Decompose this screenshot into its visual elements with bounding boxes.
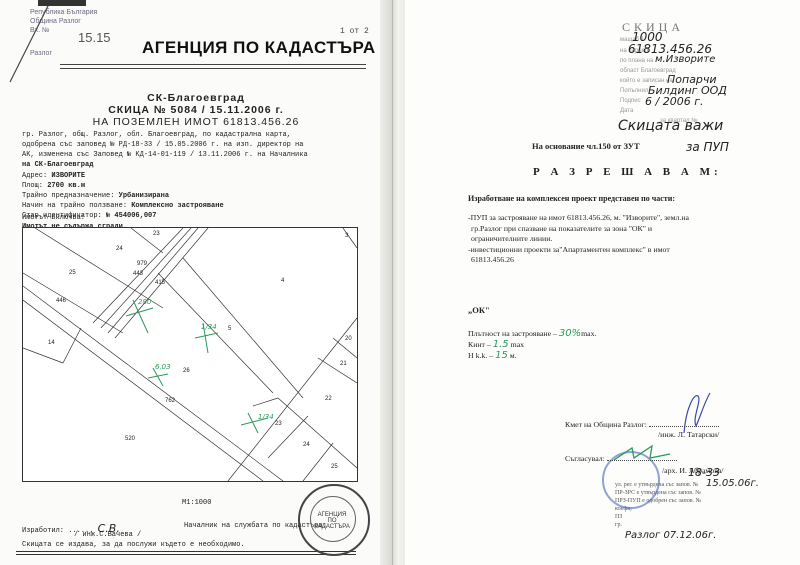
registration-line: коефц. bbox=[615, 505, 701, 513]
page-indicator: 1 от 2 bbox=[340, 27, 369, 36]
registration-stamp: ул. рег. е утвърдена със запов. № ПР-ЗРС… bbox=[615, 481, 701, 529]
parcel-label: 23 bbox=[153, 231, 160, 237]
parcel-label: 22 bbox=[325, 396, 332, 402]
handwritten-note: Скицата важи bbox=[618, 118, 723, 134]
registration-line: ПЗ bbox=[615, 513, 701, 521]
part-line: ограничителните линии. bbox=[468, 234, 768, 245]
location-line: на СК-Благоевград bbox=[22, 160, 312, 170]
part-line: 61813.456.26 bbox=[468, 255, 768, 266]
parcel-label: 25 bbox=[69, 270, 76, 276]
cadastral-sketch-page: Република България Община Разлог Вх. № Р… bbox=[0, 0, 392, 565]
office-name: СК-Благоевград bbox=[0, 92, 392, 104]
property-title: НА ПОЗЕМЛЕН ИМОТ 61813.456.26 bbox=[0, 116, 392, 128]
project-parts: -ПУП за застрояване на имот 61813.456.26… bbox=[468, 213, 768, 266]
parcel-label: 443 bbox=[133, 271, 143, 277]
agreed-label: Съгласувал: bbox=[565, 452, 677, 463]
stamp-form-label: Подпис bbox=[620, 98, 641, 104]
mayor-label: Кмет на Община Разлог: bbox=[565, 418, 719, 429]
agency-title: АГЕНЦИЯ ПО КАДАСТЪРА bbox=[142, 38, 376, 58]
parcel-label: 24 bbox=[303, 442, 310, 448]
registration-line: ул. рег. е утвърдена със запов. № bbox=[615, 481, 701, 489]
field-address: Адрес: ИЗВОРИТЕ bbox=[22, 171, 312, 181]
fold-line bbox=[392, 0, 393, 565]
location-line: одобрена със заповед № РД-18-33 / 15.05.… bbox=[22, 140, 312, 150]
location-line: АК, изменена със Заповед № КД-14-01-119 … bbox=[22, 150, 312, 160]
stamp-form-label: Попълнил bbox=[620, 88, 648, 94]
parcel-label: 415 bbox=[155, 280, 165, 286]
parcel-label: 26 bbox=[183, 368, 190, 374]
stamp-form-label: по плана на bbox=[620, 58, 653, 64]
part-line: гр.Разлог при спазване на показателите з… bbox=[468, 224, 768, 235]
handwritten-locality: м.Изворите bbox=[655, 54, 715, 65]
building-parameters: Плътност на застрояване – 30%max. Кинт –… bbox=[468, 328, 596, 361]
annotation: 1/34 bbox=[258, 413, 274, 421]
handwritten-date: 6 / 2006 г. bbox=[645, 95, 703, 108]
parcel-label: 3 bbox=[345, 233, 348, 239]
sketch-title: СКИЦА № 5084 / 15.11.2006 г. bbox=[0, 104, 392, 116]
annotation: 6.03 bbox=[155, 363, 171, 371]
annotation: 280 bbox=[138, 298, 151, 306]
cadastral-map: 23 24 25 3 979 443 415 4 446 5 14 26 20 … bbox=[22, 227, 358, 482]
permit-heading: Р А З Р Е Ш А В А М: bbox=[533, 166, 722, 178]
legal-basis: На основание чл.150 от ЗУТ bbox=[532, 141, 640, 151]
annotation: 1/34 bbox=[201, 323, 217, 331]
parcel-label: 762 bbox=[165, 398, 175, 404]
registration-line: гр. bbox=[615, 521, 701, 529]
registration-line: ПР-ЗРС е утвърдена със запов. № bbox=[615, 489, 701, 497]
zone-label: „ОК" bbox=[468, 305, 490, 315]
stamp-form-label: Дата bbox=[620, 108, 633, 114]
field-area: Площ: 2700 кв.м bbox=[22, 181, 312, 191]
handwritten-order-date: 15.05.06г. bbox=[706, 478, 759, 489]
param-density: Плътност на застрояване – 30%max. bbox=[468, 328, 596, 339]
parcel-label: 20 bbox=[345, 336, 352, 342]
parcel-label: 21 bbox=[340, 361, 347, 367]
location-description: гр. Разлог, общ. Разлог, обл. Благоевгра… bbox=[22, 130, 312, 170]
part-line: -инвестиционни проекти за"Апартаментен к… bbox=[468, 245, 768, 256]
mayor-name: /инж. Л. Татарски/ bbox=[658, 430, 719, 439]
location-line: гр. Разлог, общ. Разлог, обл. Благоевгра… bbox=[22, 130, 312, 140]
parcel-label: 446 bbox=[56, 298, 66, 304]
map-scale: М1:1000 bbox=[182, 499, 211, 507]
field-usage: Начин на трайно ползване: Комплексно зас… bbox=[22, 201, 312, 211]
handwritten-place-date: Разлог 07.12.06г. bbox=[625, 530, 716, 541]
parcel-label: 23 bbox=[275, 421, 282, 427]
param-kint: Кинт – 1.5 max bbox=[468, 339, 596, 350]
stamp-text: АГЕНЦИЯ ПО КАДАСТЪРА bbox=[314, 512, 350, 530]
parcel-label: 5 bbox=[228, 326, 231, 332]
part-line: -ПУП за застрояване на имот 61813.456.26… bbox=[468, 213, 768, 224]
header-rule bbox=[60, 64, 366, 69]
issued-note: Скицата се издава, за да послужи където … bbox=[22, 541, 245, 549]
registration-line: ПРЗ-ПУП е одобрен със запов. № bbox=[615, 497, 701, 505]
parcel-label: 25 bbox=[331, 464, 338, 470]
param-height: H k.k. – 15 м. bbox=[468, 350, 596, 361]
parcel-label: 979 bbox=[137, 261, 147, 267]
parcel-label: 4 bbox=[281, 278, 284, 284]
parcel-label: 24 bbox=[116, 246, 123, 252]
parts-heading: Изработване на комплексен проект предста… bbox=[468, 194, 675, 203]
footer-rule bbox=[16, 551, 356, 555]
parcel-label: 14 bbox=[48, 340, 55, 346]
parcel-label: 520 bbox=[125, 436, 135, 442]
stamp-slash-decoration bbox=[0, 0, 120, 90]
engineer-name: / инж.С.Вачева / bbox=[74, 531, 141, 539]
handwritten-note-2: за ПУП bbox=[686, 140, 729, 154]
field-purpose: Трайно предназначение: Урбанизирана bbox=[22, 191, 312, 201]
